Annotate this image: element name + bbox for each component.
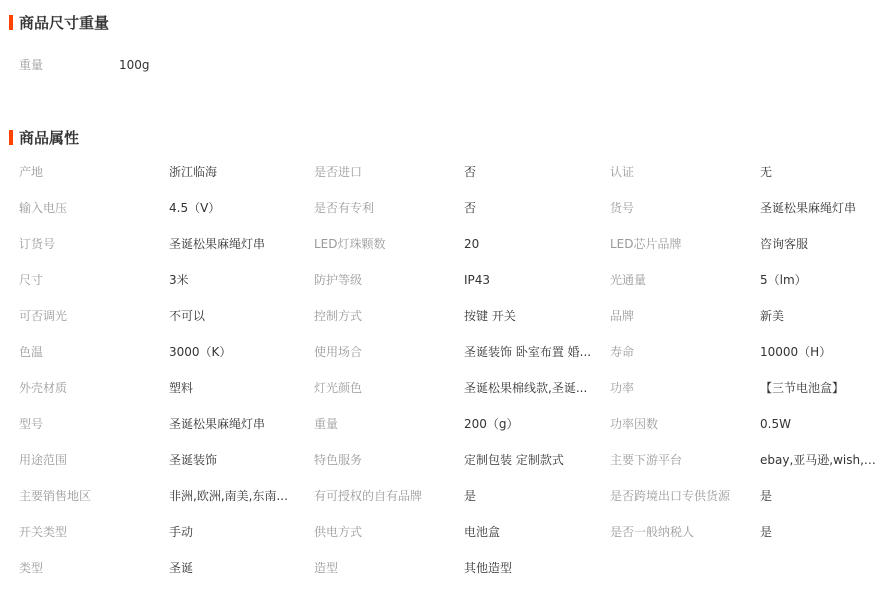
attr-value: 手动 [169,524,193,540]
attr-label: 开关类型 [19,524,67,540]
attr-label: 功率 [610,380,634,396]
attr-value: 电池盒 [464,524,500,540]
attr-value: 圣诞装饰 卧室布置 婚... [464,344,591,360]
attr-value: 是 [760,488,772,504]
attr-label: 型号 [19,416,43,432]
attr-value: ebay,亚马逊,wish,速... [760,452,885,468]
attr-label: 造型 [314,560,338,576]
attr-value: 【三节电池盒】 [760,380,844,396]
attr-value: 塑料 [169,380,193,396]
attr-value: 4.5（V） [169,200,220,216]
table-row: 输入电压4.5（V）是否有专利否货号圣诞松果麻绳灯串 [0,200,894,236]
attr-value: 100g [119,57,150,73]
attr-label: 供电方式 [314,524,362,540]
attr-value: IP43 [464,272,490,288]
accent-bar [9,130,13,145]
table-row: 订货号圣诞松果麻绳灯串LED灯珠颗数20LED芯片品牌咨询客服 [0,236,894,272]
attr-label: 色温 [19,344,43,360]
attr-value: 不可以 [169,308,205,324]
attr-label: 产地 [19,164,43,180]
table-row: 尺寸3米防护等级IP43光通量5（lm） [0,272,894,308]
attr-label: 用途范围 [19,452,67,468]
table-row: 外壳材质塑料灯光颜色圣诞松果棉线款,圣诞...功率【三节电池盒】 [0,380,894,416]
attr-value: 是 [464,488,476,504]
attr-label: 可否调光 [19,308,67,324]
attr-value: 圣诞 [169,560,193,576]
attr-label: 是否一般纳税人 [610,524,694,540]
attr-value: 5（lm） [760,272,807,288]
table-row: 可否调光不可以控制方式按键 开关品牌新美 [0,308,894,344]
attr-value: 按键 开关 [464,308,516,324]
table-row: 类型圣诞造型其他造型 [0,560,894,595]
attr-label: 是否进口 [314,164,362,180]
attr-label: 货号 [610,200,634,216]
table-row: 主要销售地区非洲,欧洲,南美,东南...有可授权的自有品牌是是否跨境出口专供货源… [0,488,894,524]
attr-value: 其他造型 [464,560,512,576]
attr-value: 新美 [760,308,784,324]
attr-label: 重量 [19,57,43,73]
attr-value: 否 [464,200,476,216]
attr-value: 20 [464,236,479,252]
attr-label: LED灯珠颗数 [314,236,386,252]
attr-label: 是否有专利 [314,200,374,216]
attr-value: 圣诞松果麻绳灯串 [169,236,265,252]
attr-value: 0.5W [760,416,791,432]
attr-value: 否 [464,164,476,180]
section-title-text: 商品属性 [19,127,79,148]
attr-label: 品牌 [610,308,634,324]
attr-value: 无 [760,164,772,180]
attr-value: 是 [760,524,772,540]
table-row: 用途范围圣诞装饰特色服务定制包装 定制款式主要下游平台ebay,亚马逊,wish… [0,452,894,488]
attr-value: 定制包装 定制款式 [464,452,564,468]
accent-bar [9,15,13,30]
table-row: 产地浙江临海是否进口否认证无 [0,164,894,200]
attr-label: 主要下游平台 [610,452,682,468]
attr-label: 光通量 [610,272,646,288]
attr-value: 3米 [169,272,189,288]
table-row: 色温3000（K）使用场合圣诞装饰 卧室布置 婚...寿命10000（H） [0,344,894,380]
section-title-text: 商品尺寸重量 [19,12,109,33]
attr-label: 外壳材质 [19,380,67,396]
attr-value: 圣诞松果麻绳灯串 [169,416,265,432]
attr-label: 寿命 [610,344,634,360]
attr-value: 圣诞松果麻绳灯串 [760,200,856,216]
attr-label: 功率因数 [610,416,658,432]
attr-label: 特色服务 [314,452,362,468]
attr-label: LED芯片品牌 [610,236,682,252]
attr-value: 非洲,欧洲,南美,东南... [169,488,288,504]
attr-label: 重量 [314,416,338,432]
attr-value: 圣诞装饰 [169,452,217,468]
section-title-size-weight: 商品尺寸重量 [9,12,109,32]
attr-value: 10000（H） [760,344,831,360]
section-title-attributes: 商品属性 [9,127,79,147]
attr-label: 认证 [610,164,634,180]
attr-label: 输入电压 [19,200,67,216]
attr-value: 圣诞松果棉线款,圣诞... [464,380,587,396]
attr-label: 类型 [19,560,43,576]
attr-value: 3000（K） [169,344,231,360]
attr-label: 防护等级 [314,272,362,288]
attr-value: 200（g） [464,416,519,432]
attr-label: 主要销售地区 [19,488,91,504]
attr-label: 灯光颜色 [314,380,362,396]
attr-value: 咨询客服 [760,236,808,252]
attr-label: 尺寸 [19,272,43,288]
table-row: 开关类型手动供电方式电池盒是否一般纳税人是 [0,524,894,560]
attr-value: 浙江临海 [169,164,217,180]
attr-label: 控制方式 [314,308,362,324]
attr-label: 是否跨境出口专供货源 [610,488,730,504]
attr-label: 使用场合 [314,344,362,360]
table-row: 型号圣诞松果麻绳灯串重量200（g）功率因数0.5W [0,416,894,452]
attr-label: 订货号 [19,236,55,252]
attr-label: 有可授权的自有品牌 [314,488,422,504]
